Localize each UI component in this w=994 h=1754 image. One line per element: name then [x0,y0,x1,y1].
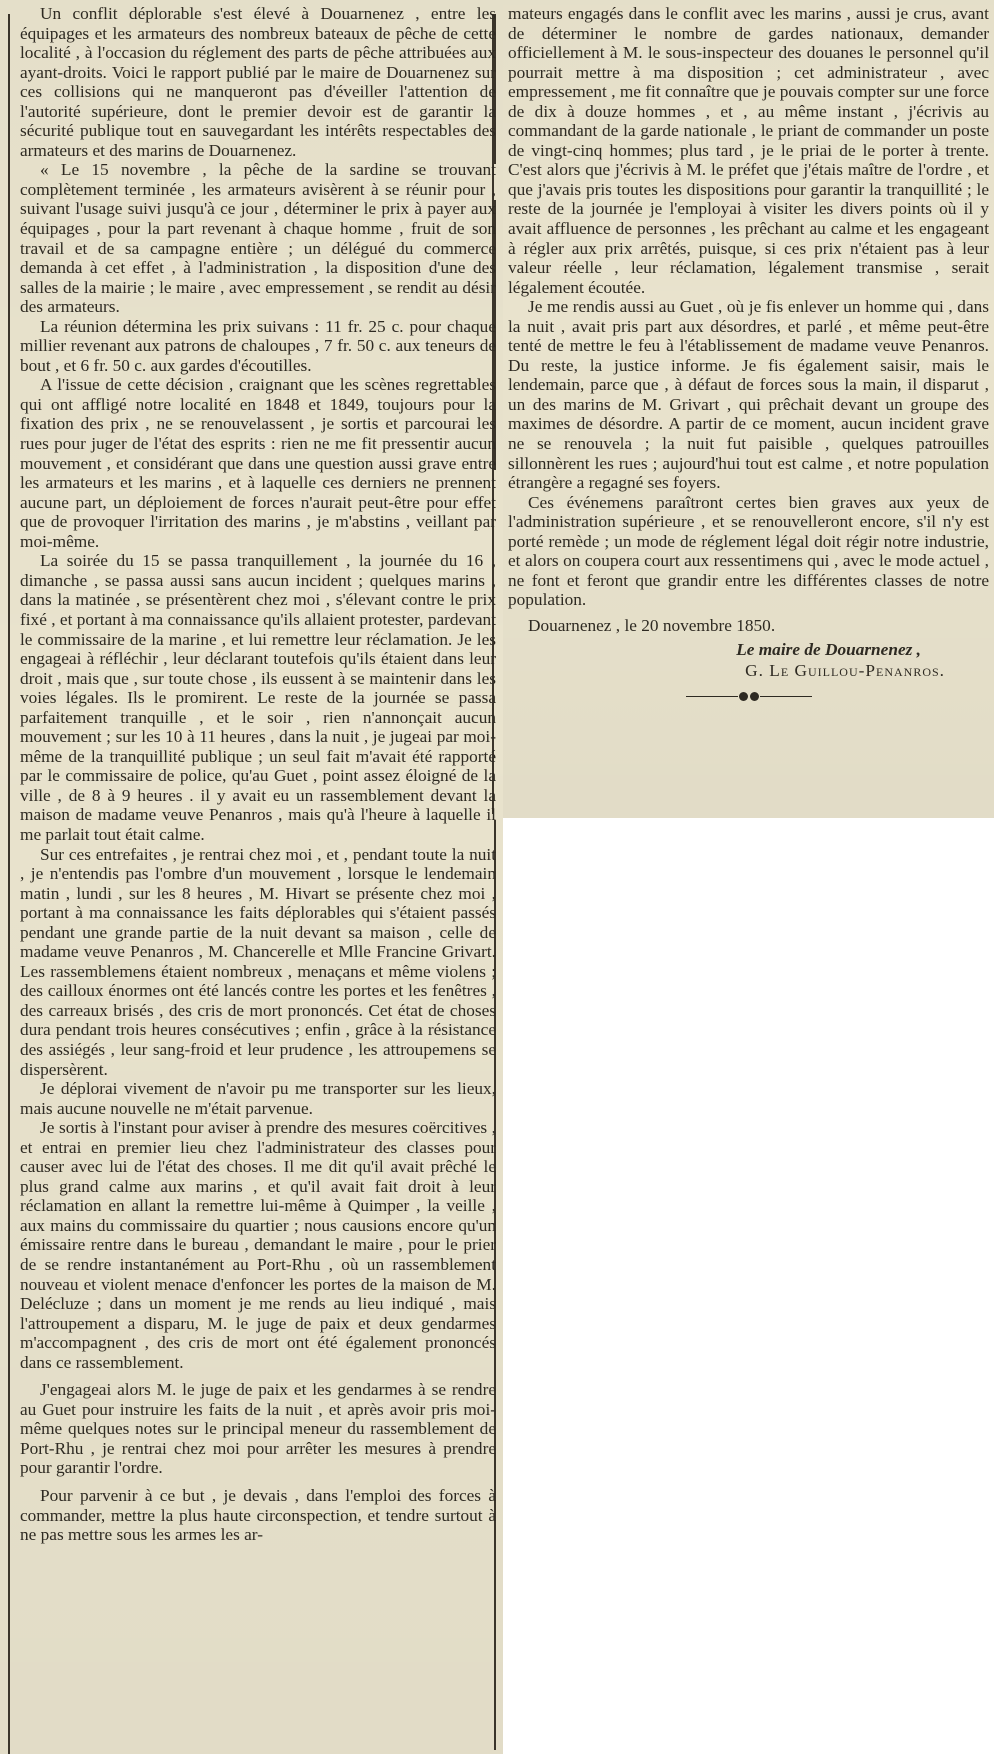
paragraph-deplorai: Je déplorai vivement de n'avoir pu me tr… [20,1079,496,1118]
paragraph-prices: La réunion détermina les prix suivans : … [20,317,496,376]
paragraph-report-start: « Le 15 novembre , la pêche de la sardin… [20,160,496,316]
paragraph-sortis: Je sortis à l'instant pour aviser à pren… [20,1118,496,1372]
ornament-divider-icon [508,687,989,707]
paragraph-guet: Je me rendis aussi au Guet , où je fis e… [508,297,989,492]
right-column-text: mateurs engagés dans le conflit avec les… [508,4,989,706]
paragraph-engageai: J'engageai alors M. le juge de paix et l… [20,1380,496,1478]
paragraph-continuation: mateurs engagés dans le conflit avec les… [508,4,989,297]
paragraph-intro: Un conflit déplorable s'est élevé à Doua… [20,4,496,160]
paragraph-soiree: La soirée du 15 se passa tranquillement … [20,551,496,844]
signature-title: Le maire de Douarnenez , [508,640,989,660]
date-line: Douarnenez , le 20 novembre 1850. [508,616,989,636]
paragraph-parvenir: Pour parvenir à ce but , je devais , dan… [20,1486,496,1545]
paragraph-decision: A l'issue de cette décision , craignant … [20,375,496,551]
paragraph-entrefaites: Sur ces entrefaites , je rentrai chez mo… [20,845,496,1080]
left-margin-rule [8,14,10,1754]
paragraph-evenemens: Ces événemens paraîtront certes bien gra… [508,493,989,610]
left-column-text: Un conflit déplorable s'est élevé à Doua… [20,4,496,1545]
signature-name: G. Le Guillou-Penanros. [508,661,989,681]
